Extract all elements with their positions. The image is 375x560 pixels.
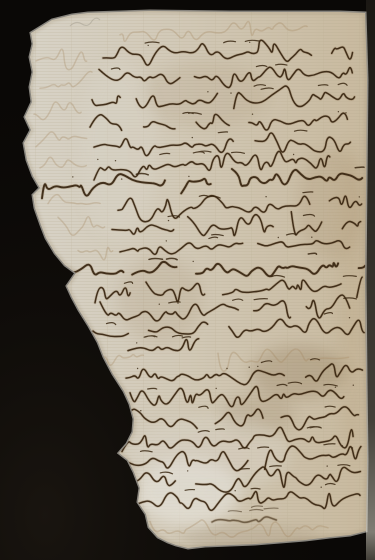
photo-background: Early-modern archival manuscript leaf ph… <box>0 0 375 560</box>
paper-stain <box>143 61 267 129</box>
paper-stain <box>78 60 158 240</box>
manuscript-photo <box>0 0 375 560</box>
